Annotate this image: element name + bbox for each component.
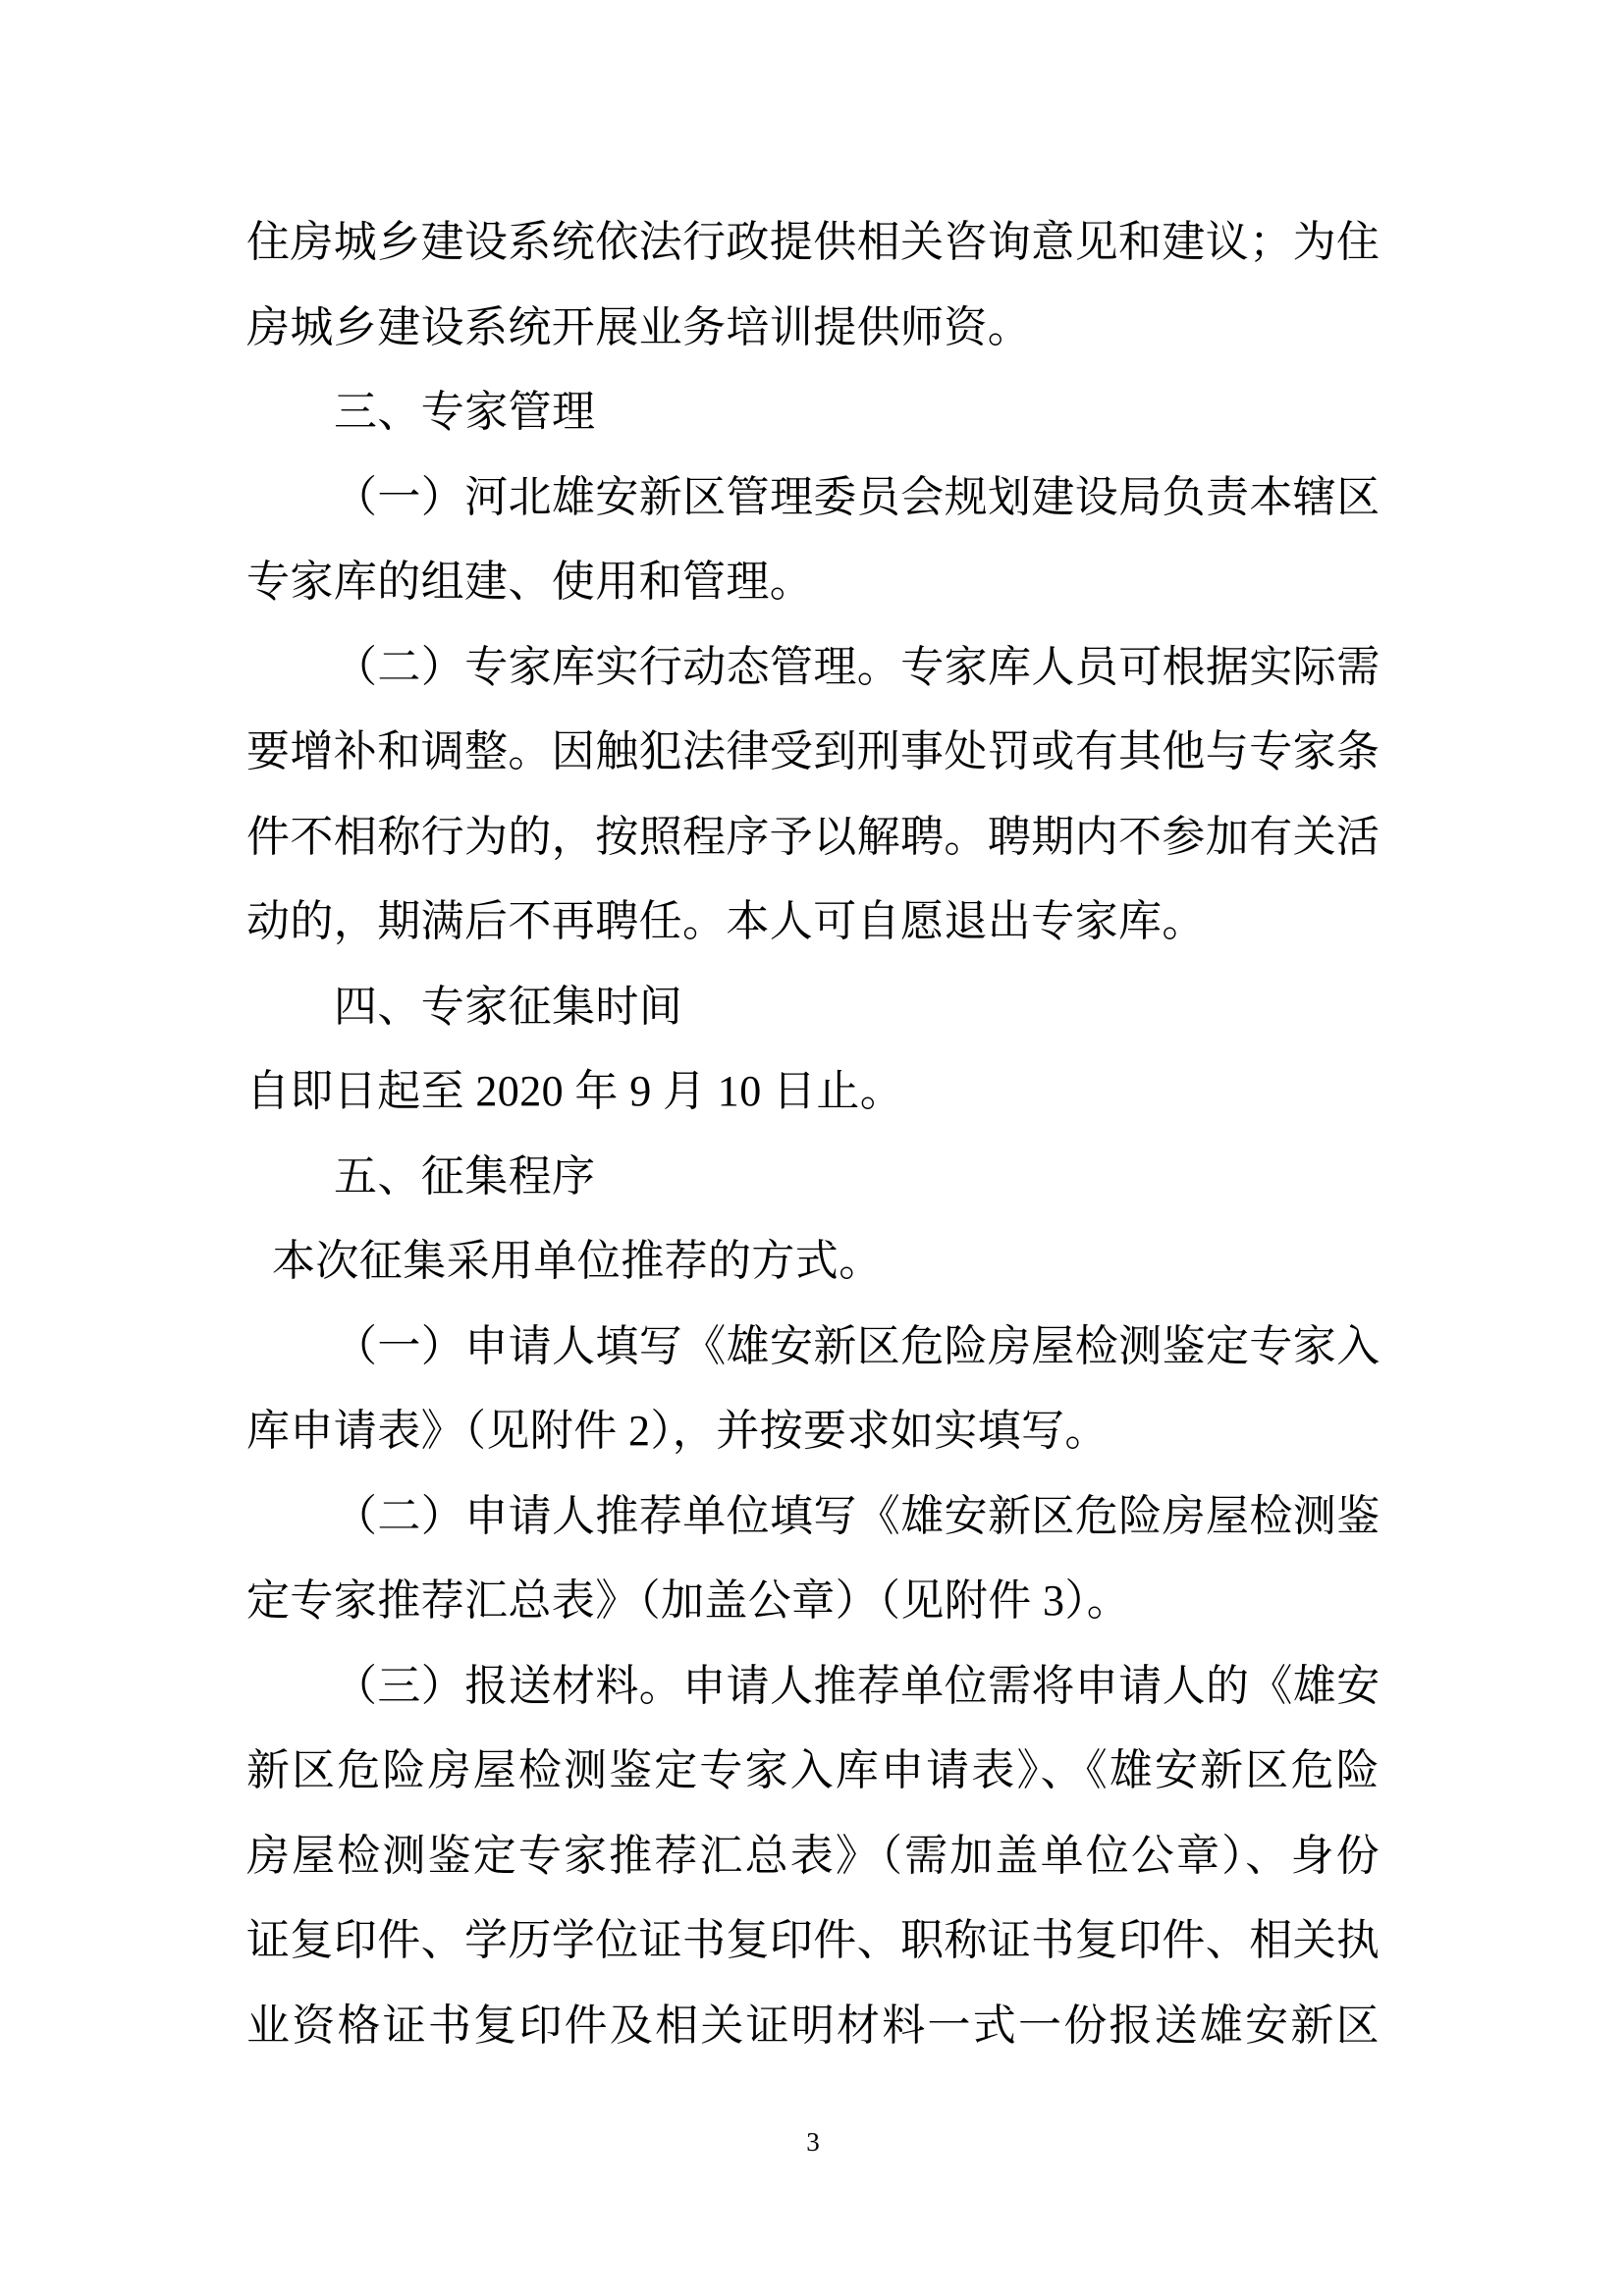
page-number: 3: [246, 2122, 1380, 2162]
body-text-line: 库申请表》（见附件 2），并按要求如实填写。: [246, 1389, 1380, 1474]
body-text-line: 定专家推荐汇总表》（加盖公章）（见附件 3）。: [246, 1559, 1380, 1644]
document-page: 住房城乡建设系统依法行政提供相关咨询意见和建议；为住 房城乡建设系统开展业务培训…: [0, 0, 1624, 2296]
section-heading: 三、专家管理: [246, 370, 1380, 455]
body-text-line: （一）申请人填写《雄安新区危险房屋检测鉴定专家入: [246, 1305, 1380, 1390]
body-text-line: （二）专家库实行动态管理。专家库人员可根据实际需: [246, 625, 1380, 711]
body-text-line: （二）申请人推荐单位填写《雄安新区危险房屋检测鉴: [246, 1474, 1380, 1560]
body-text-line: 证复印件、学历学位证书复印件、职称证书复印件、相关执: [246, 1898, 1380, 1984]
body-text-line: 新区危险房屋检测鉴定专家入库申请表》、《雄安新区危险: [246, 1729, 1380, 1814]
body-text-line: （三）报送材料。申请人推荐单位需将申请人的《雄安: [246, 1644, 1380, 1730]
body-text-line: 动的，期满后不再聘任。本人可自愿退出专家库。: [246, 880, 1380, 965]
body-text-line: 房城乡建设系统开展业务培训提供师资。: [246, 286, 1380, 371]
body-text-line: 住房城乡建设系统依法行政提供相关咨询意见和建议；为住: [246, 200, 1380, 286]
body-text-line: 专家库的组建、使用和管理。: [246, 540, 1380, 625]
body-text-line: 要增补和调整。因触犯法律受到刑事处罚或有其他与专家条: [246, 710, 1380, 795]
body-text-line: （一）河北雄安新区管理委员会规划建设局负责本辖区: [246, 455, 1380, 541]
section-heading: 四、专家征集时间: [246, 965, 1380, 1050]
section-heading: 五、征集程序: [246, 1135, 1380, 1220]
body-text-line: 业资格证书复印件及相关证明材料一式一份报送雄安新区: [246, 1984, 1380, 2069]
body-text-line: 件不相称行为的，按照程序予以解聘。聘期内不参加有关活: [246, 795, 1380, 881]
body-text-line: 自即日起至 2020 年 9 月 10 日止。: [246, 1049, 1380, 1135]
body-text-line: 本次征集采用单位推荐的方式。: [246, 1219, 1380, 1305]
body-text-line: 房屋检测鉴定专家推荐汇总表》（需加盖单位公章）、身份: [246, 1814, 1380, 1899]
text-block: 住房城乡建设系统依法行政提供相关咨询意见和建议；为住 房城乡建设系统开展业务培训…: [246, 200, 1380, 2068]
